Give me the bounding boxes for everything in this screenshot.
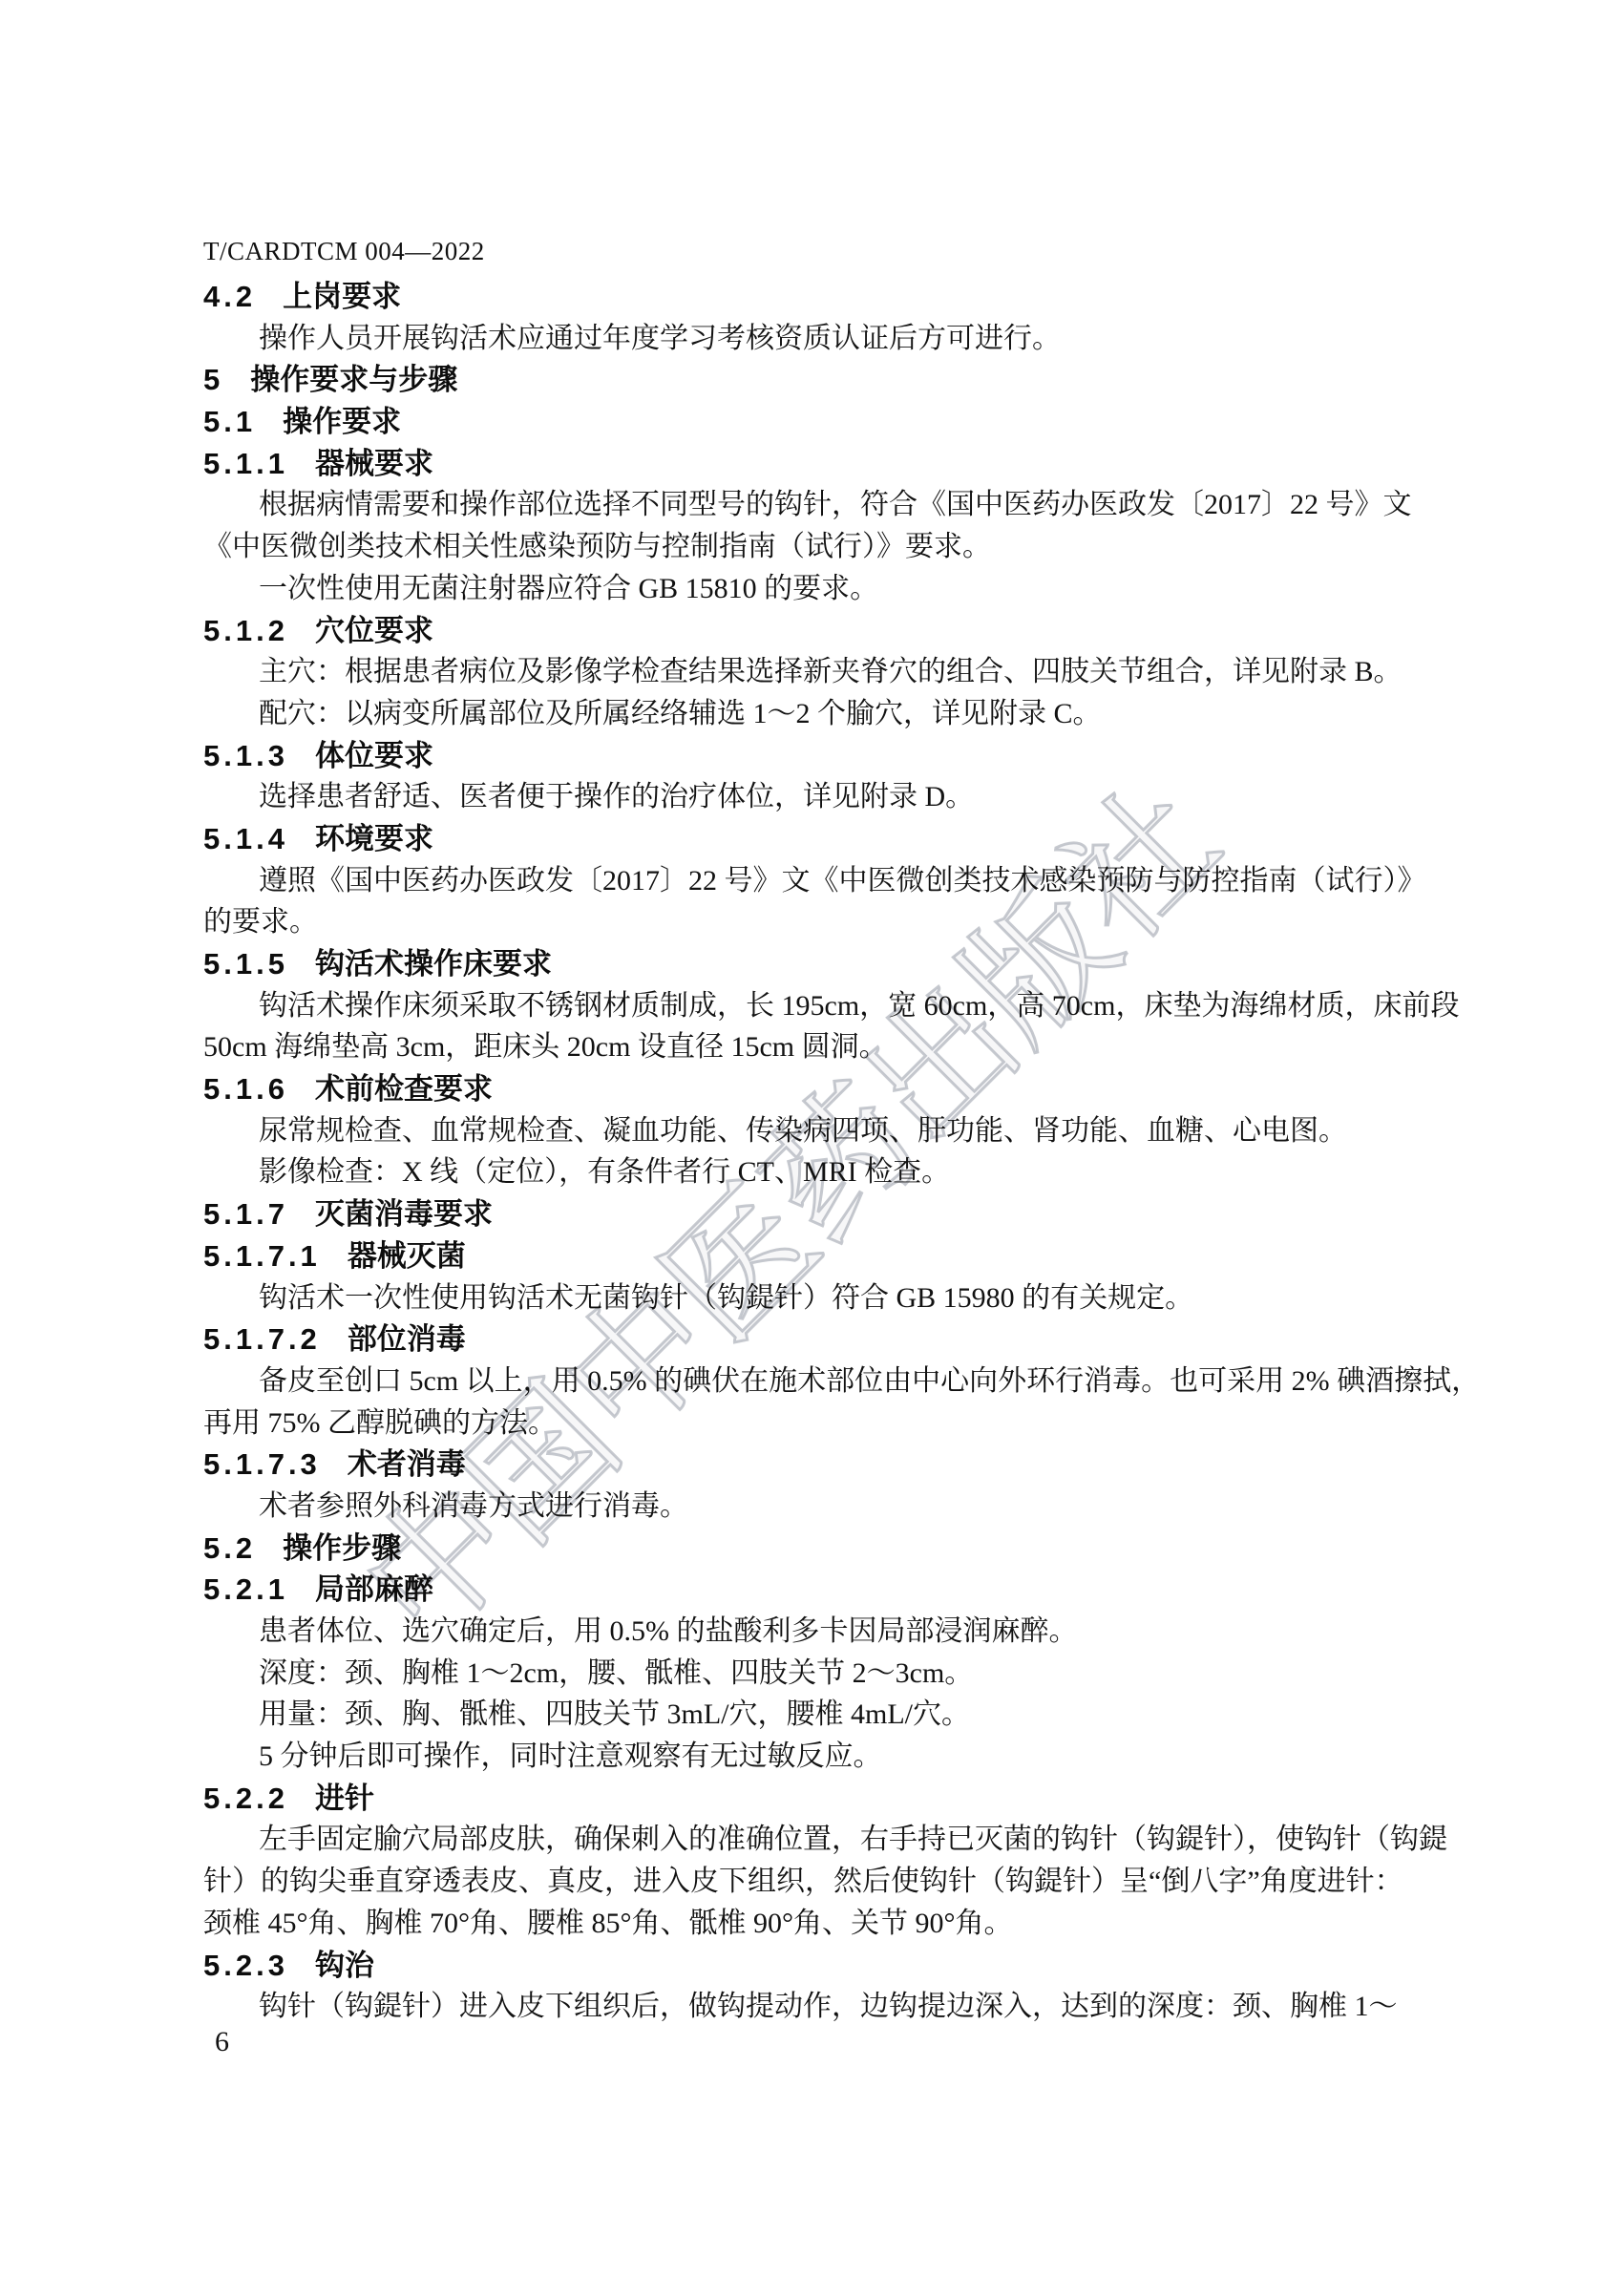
section-number: 5.2 bbox=[203, 1531, 256, 1565]
section-title: 体位要求 bbox=[315, 739, 433, 772]
section-heading-5-2-2: 5.2.2进针 bbox=[203, 1778, 1431, 1820]
section-title: 上岗要求 bbox=[283, 280, 401, 313]
section-title: 钩活术操作床要求 bbox=[315, 947, 552, 981]
body-line-17: 钩活术操作床须采取不锈钢材质制成，长 195cm，宽 60cm，高 70cm，床… bbox=[203, 985, 1431, 1027]
section-number: 5.1.2 bbox=[203, 614, 288, 647]
section-number: 4.2 bbox=[203, 280, 256, 313]
section-number: 5 bbox=[203, 363, 223, 396]
section-heading-5-1-2: 5.1.2穴位要求 bbox=[203, 610, 1431, 652]
body-line-35: 5 分钟后即可操作，同时注意观察有无过敏反应。 bbox=[203, 1736, 1431, 1778]
section-title: 器械要求 bbox=[315, 447, 433, 480]
section-number: 5.1.7.3 bbox=[203, 1447, 321, 1481]
section-heading-5-1-7-3: 5.1.7.3术者消毒 bbox=[203, 1444, 1431, 1486]
section-heading-5-1-4: 5.1.4环境要求 bbox=[203, 818, 1431, 860]
section-number: 5.1.7.1 bbox=[203, 1239, 321, 1273]
section-heading-5-2-3: 5.2.3钩治 bbox=[203, 1945, 1431, 1987]
section-heading-5-1-3: 5.1.3体位要求 bbox=[203, 735, 1431, 777]
section-number: 5.1.6 bbox=[203, 1072, 288, 1106]
standard-number-header: T/CARDTCM 004—2022 bbox=[203, 237, 485, 266]
section-title: 穴位要求 bbox=[315, 614, 433, 647]
body-line-27: 再用 75% 乙醇脱碘的方法。 bbox=[203, 1403, 1431, 1445]
body-line-37: 左手固定腧穴局部皮肤，确保刺入的准确位置，右手持已灭菌的钩针（钩鍉针），使钩针（… bbox=[203, 1819, 1431, 1861]
body-line-1: 操作人员开展钩活术应通过年度学习考核资质认证后方可进行。 bbox=[203, 318, 1431, 360]
section-number: 5.2.1 bbox=[203, 1572, 288, 1606]
body-line-7: 一次性使用无菌注射器应符合 GB 15810 的要求。 bbox=[203, 568, 1431, 610]
section-title: 术前检查要求 bbox=[315, 1072, 493, 1106]
page-number: 6 bbox=[215, 2026, 229, 2058]
section-number: 5.1 bbox=[203, 405, 256, 438]
body-line-9: 主穴：根据患者病位及影像学检查结果选择新夹脊穴的组合、四肢关节组合，详见附录 B… bbox=[203, 651, 1431, 693]
section-heading-5-1-7-2: 5.1.7.2部位消毒 bbox=[203, 1318, 1431, 1360]
section-heading-5-1-7-1: 5.1.7.1器械灭菌 bbox=[203, 1235, 1431, 1277]
body-line-15: 的要求。 bbox=[203, 901, 1431, 943]
section-title: 操作要求 bbox=[283, 405, 401, 438]
body-line-21: 影像检查：X 线（定位），有条件者行 CT、MRI 检查。 bbox=[203, 1151, 1431, 1193]
body-line-29: 术者参照外科消毒方式进行消毒。 bbox=[203, 1486, 1431, 1528]
section-number: 5.1.4 bbox=[203, 822, 288, 855]
section-title: 局部麻醉 bbox=[315, 1572, 433, 1606]
section-heading-5-1-1: 5.1.1器械要求 bbox=[203, 443, 1431, 485]
section-heading-5-2: 5.2操作步骤 bbox=[203, 1528, 1431, 1570]
section-title: 钩治 bbox=[315, 1949, 374, 1982]
body-line-18: 50cm 海绵垫高 3cm，距床头 20cm 设直径 15cm 圆洞。 bbox=[203, 1026, 1431, 1068]
section-heading-5: 5操作要求与步骤 bbox=[203, 359, 1431, 401]
body-line-39: 颈椎 45°角、胸椎 70°角、腰椎 85°角、骶椎 90°角、关节 90°角。 bbox=[203, 1903, 1431, 1945]
section-title: 部位消毒 bbox=[348, 1322, 466, 1356]
section-heading-4-2: 4.2上岗要求 bbox=[203, 276, 1431, 318]
section-heading-5-2-1: 5.2.1局部麻醉 bbox=[203, 1569, 1431, 1611]
body-line-33: 深度：颈、胸椎 1～2cm，腰、骶椎、四肢关节 2～3cm。 bbox=[203, 1653, 1431, 1695]
body-line-24: 钩活术一次性使用钩活术无菌钩针（钩鍉针）符合 GB 15980 的有关规定。 bbox=[203, 1277, 1431, 1319]
section-title: 环境要求 bbox=[315, 822, 433, 855]
section-title: 器械灭菌 bbox=[348, 1239, 466, 1273]
document-body: 4.2上岗要求操作人员开展钩活术应通过年度学习考核资质认证后方可进行。5操作要求… bbox=[203, 276, 1431, 2028]
document-page: 中国中医药出版社 T/CARDTCM 004—2022 4.2上岗要求操作人员开… bbox=[0, 0, 1624, 2278]
body-line-32: 患者体位、选穴确定后，用 0.5% 的盐酸利多卡因局部浸润麻醉。 bbox=[203, 1611, 1431, 1653]
body-line-12: 选择患者舒适、医者便于操作的治疗体位，详见附录 D。 bbox=[203, 776, 1431, 818]
body-line-6: 《中医微创类技术相关性感染预防与控制指南（试行）》要求。 bbox=[203, 526, 1431, 568]
section-heading-5-1: 5.1操作要求 bbox=[203, 401, 1431, 443]
section-number: 5.2.2 bbox=[203, 1782, 288, 1815]
section-title: 进针 bbox=[315, 1782, 374, 1815]
body-line-14: 遵照《国中医药办医政发〔2017〕22 号》文《中医微创类技术感染预防与防控指南… bbox=[203, 860, 1431, 902]
section-number: 5.1.1 bbox=[203, 447, 288, 480]
body-line-26: 备皮至创口 5cm 以上，用 0.5% 的碘伏在施术部位由中心向外环行消毒。也可… bbox=[203, 1360, 1431, 1403]
section-number: 5.1.7.2 bbox=[203, 1322, 321, 1356]
body-line-34: 用量：颈、胸、骶椎、四肢关节 3mL/穴，腰椎 4mL/穴。 bbox=[203, 1694, 1431, 1736]
section-number: 5.1.5 bbox=[203, 947, 288, 981]
body-line-38: 针）的钩尖垂直穿透表皮、真皮，进入皮下组织，然后使钩针（钩鍉针）呈“倒八字”角度… bbox=[203, 1861, 1431, 1903]
section-title: 灭菌消毒要求 bbox=[315, 1197, 493, 1231]
section-heading-5-1-7: 5.1.7灭菌消毒要求 bbox=[203, 1193, 1431, 1235]
section-title: 操作要求与步骤 bbox=[250, 363, 457, 396]
section-heading-5-1-6: 5.1.6术前检查要求 bbox=[203, 1068, 1431, 1110]
section-number: 5.2.3 bbox=[203, 1949, 288, 1982]
body-line-20: 尿常规检查、血常规检查、凝血功能、传染病四项、肝功能、肾功能、血糖、心电图。 bbox=[203, 1110, 1431, 1152]
section-title: 操作步骤 bbox=[283, 1531, 401, 1565]
body-line-10: 配穴：以病变所属部位及所属经络辅选 1～2 个腧穴，详见附录 C。 bbox=[203, 693, 1431, 735]
body-line-5: 根据病情需要和操作部位选择不同型号的钩针，符合《国中医药办医政发〔2017〕22… bbox=[203, 484, 1431, 526]
section-heading-5-1-5: 5.1.5钩活术操作床要求 bbox=[203, 943, 1431, 985]
section-title: 术者消毒 bbox=[348, 1447, 466, 1481]
section-number: 5.1.3 bbox=[203, 739, 288, 772]
section-number: 5.1.7 bbox=[203, 1197, 288, 1231]
body-line-41: 钩针（钩鍉针）进入皮下组织后，做钩提动作，边钩提边深入，达到的深度：颈、胸椎 1… bbox=[203, 1986, 1431, 2028]
